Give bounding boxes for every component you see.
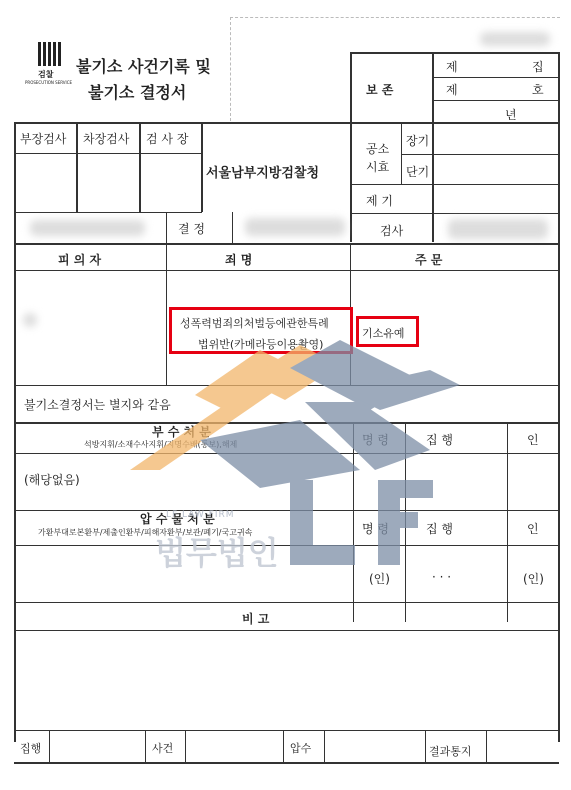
ancillary-subtitle: 석방지휘/소재수사지휘/지명수배(통보),해제 — [84, 439, 237, 450]
logo-subtext: PROSECUTION SERVICE — [25, 80, 72, 85]
header-dashed-line — [230, 17, 560, 18]
footer-exec: 집행 — [20, 740, 41, 756]
seized-seal-col: 인 — [527, 520, 539, 537]
approval-col2: 차장검사 — [83, 130, 129, 147]
preservation-row3-suffix: 년 — [505, 106, 517, 123]
order-highlight-box — [356, 316, 419, 347]
statute-filing: 제 기 — [366, 192, 393, 209]
remarks-title: 비 고 — [242, 610, 269, 627]
approval-col1: 부장검사 — [20, 130, 66, 147]
redacted-case-number — [30, 220, 145, 236]
seized-exec-value: · · · — [432, 570, 451, 584]
ancillary-order-col: 명 령 — [362, 431, 389, 448]
statute-long: 장기 — [406, 132, 429, 149]
footer-notice: 결과통지 — [429, 743, 472, 759]
statute-short: 단기 — [406, 163, 429, 180]
preservation-row2-prefix: 제 — [446, 81, 458, 98]
seized-order-value: (인) — [369, 570, 390, 587]
ancillary-exec-col: 집 행 — [426, 431, 453, 448]
seized-subtitle: 가환부대로본환부/제출인환부/피해자환부/보관/폐기/국고귀속 — [38, 527, 252, 538]
order-header: 주 문 — [415, 251, 442, 268]
charge-header: 죄 명 — [225, 251, 252, 268]
suspect-header: 피 의 자 — [58, 251, 101, 268]
attachment-note: 불기소결정서는 별지와 같음 — [24, 396, 171, 413]
header-dashed-vline — [230, 17, 231, 121]
charge-highlight-box — [169, 307, 353, 354]
seized-seal-value: (인) — [523, 570, 544, 587]
logo-text: 검찰 — [38, 69, 53, 80]
seized-exec-col: 집 행 — [426, 520, 453, 537]
statute-label-2: 시효 — [366, 158, 389, 175]
footer-case: 사건 — [152, 740, 173, 756]
office-name: 서울남부지방검찰청 — [206, 162, 319, 181]
redacted-decision-date — [245, 218, 345, 236]
prosecution-logo-icon — [38, 42, 62, 66]
statute-label-1: 공소 — [366, 140, 389, 157]
prosecutor-label: 검사 — [380, 222, 403, 239]
approval-col3: 검 사 장 — [146, 130, 188, 147]
footer-seizure: 압수 — [290, 740, 311, 756]
title-line2: 불기소 결정서 — [88, 80, 186, 103]
seized-title: 압 수 물 처 분 — [140, 510, 215, 527]
preservation-row2-suffix: 호 — [532, 81, 544, 98]
ancillary-seal-col: 인 — [527, 431, 539, 448]
decision-label: 결 정 — [178, 220, 205, 237]
title-line1: 불기소 사건기록 및 — [76, 54, 211, 77]
ancillary-content: (해당없음) — [24, 471, 80, 488]
law-firm-watermark-icon — [0, 0, 571, 790]
preservation-row1-suffix: 집 — [532, 58, 544, 75]
preservation-row1-prefix: 제 — [446, 58, 458, 75]
seized-order-col: 명 령 — [362, 520, 389, 537]
redacted-prosecutor-name — [448, 219, 548, 239]
redacted-suspect-name — [23, 313, 37, 327]
redacted-header — [480, 32, 550, 46]
preservation-label: 보 존 — [366, 81, 393, 98]
ancillary-title: 부 수 처 분 — [152, 423, 211, 440]
